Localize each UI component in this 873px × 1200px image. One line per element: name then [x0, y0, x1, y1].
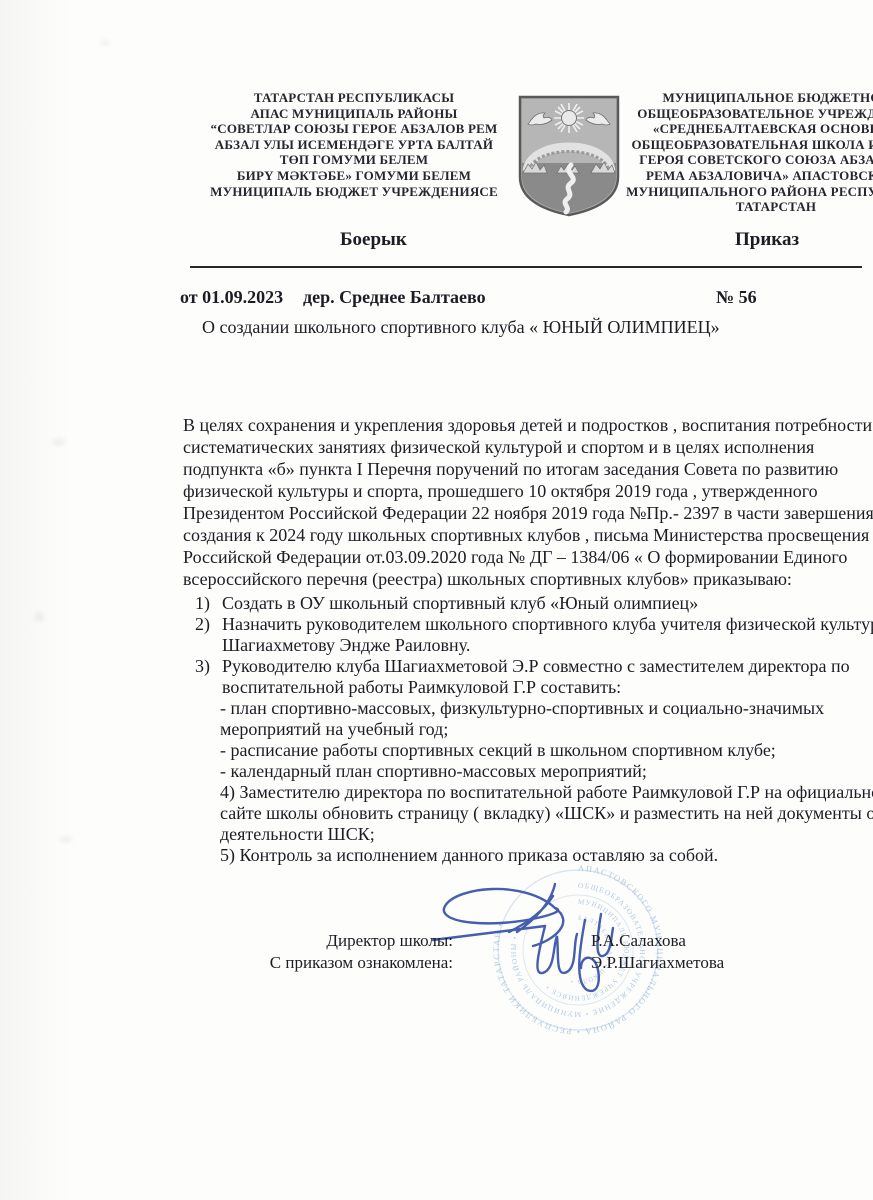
acknowledged-label: С приказом ознакомлена: [250, 953, 453, 973]
preamble-line: подпункта «б» пункта I Перечня поручений… [183, 458, 873, 480]
scan-smudge [100, 40, 110, 46]
org-name-tatar-line: АБЗАЛ УЛЫ ИСЕМЕНДӘГЕ УРТА БАЛТАЙ [178, 137, 530, 153]
order-subline: - план спортивно-массовых, физкультурно-… [220, 698, 873, 719]
org-name-tatar-line: БИРҮ МӘКТӘБЕ» ГОМУМИ БЕЛЕМ [178, 168, 530, 184]
order-subject: О создании школьного спортивного клуба «… [202, 317, 720, 338]
doc-type-tatar: Боерык [340, 229, 407, 251]
order-items: 1)Создать в ОУ школьный спортивный клуб … [195, 593, 873, 866]
scan-smudge [60, 836, 72, 843]
order-subline: - расписание работы спортивных секций в … [220, 740, 873, 761]
order-date: от 01.09.2023 [180, 287, 283, 308]
org-name-russian-line: ОБЩЕОБРАЗОВАТЕЛЬНАЯ ШКОЛА ИМЕНИ [620, 137, 873, 153]
org-name-tatar-line: АПАС МУНИЦИПАЛЬ РАЙОНЫ [178, 106, 530, 122]
order-item-2-cont: Шагиахметову Эндже Раиловну. [195, 635, 873, 656]
preamble-line: В целях сохранения и укрепления здоровья… [183, 414, 873, 436]
order-item-2: 2)Назначить руководителем школьного спор… [195, 614, 873, 635]
scan-smudge [34, 612, 44, 622]
order-item-3: 3)Руководителю клуба Шагиахметовой Э.Р с… [195, 656, 873, 677]
org-name-russian-line: «СРЕДНЕБАЛТАЕВСКАЯ ОСНОВНАЯ [620, 121, 873, 137]
director-name: Р.А.Салахова [591, 931, 686, 951]
order-subline: деятельности ШСК; [220, 824, 873, 845]
org-name-russian-line: ГЕРОЯ СОВЕТСКОГО СОЮЗА АБЗАЛОВА [620, 152, 873, 168]
preamble-line: систематических занятиях физической куль… [183, 436, 873, 458]
order-subline: сайте школы обновить страницу ( вкладку)… [220, 803, 873, 824]
order-item-text: воспитательной работы Раимкуловой Г.Р со… [222, 677, 621, 697]
order-item-text: Создать в ОУ школьный спортивный клуб «Ю… [222, 593, 698, 613]
org-name-russian-line: ТАТАРСТАН [620, 199, 873, 215]
order-item-1: 1)Создать в ОУ школьный спортивный клуб … [195, 593, 873, 614]
order-subline: мероприятий на учебный год; [220, 719, 873, 740]
preamble-line: всероссийского перечня (реестра) школьны… [183, 568, 873, 590]
order-item-3-cont: воспитательной работы Раимкуловой Г.Р со… [195, 677, 873, 698]
order-preamble: В целях сохранения и укрепления здоровья… [183, 414, 873, 590]
order-item-text: Назначить руководителем школьного спорти… [222, 614, 873, 634]
order-number: № 56 [716, 287, 757, 308]
header-divider [190, 266, 862, 268]
order-place: дер. Среднее Балтаево [303, 287, 486, 308]
coat-of-arms-emblem-icon [513, 93, 625, 218]
org-name-tatar-line: ТАТАРСТАН РЕСПУБЛИКАСЫ [178, 90, 530, 106]
order-item-number: 3) [195, 656, 222, 677]
document-page: ТАТАРСТАН РЕСПУБЛИКАСЫ АПАС МУНИЦИПАЛЬ Р… [0, 0, 873, 1200]
org-name-tatar-line: ТӨП ГОМУМИ БЕЛЕМ [178, 152, 530, 168]
acknowledged-name: Э.Р.Шагиахметова [591, 953, 724, 973]
order-subline: - календарный план спортивно-массовых ме… [220, 761, 873, 782]
org-name-russian-line: МУНИЦИПАЛЬНОГО РАЙОНА РЕСПУБЛИКИ [620, 184, 873, 200]
scan-smudge [52, 438, 66, 446]
director-label: Директор школы: [250, 931, 453, 951]
org-name-russian-line: МУНИЦИПАЛЬНОЕ БЮДЖЕТНОЕ [620, 90, 873, 106]
preamble-line: Президентом Российской Федерации 22 нояб… [183, 502, 873, 524]
org-name-russian-line: ОБЩЕОБРАЗОВАТЕЛЬНОЕ УЧРЕЖДЕНИЕ [620, 106, 873, 122]
preamble-line: физической культуры и спорта, прошедшего… [183, 480, 873, 502]
order-item-number: 2) [195, 614, 222, 635]
order-item-number: 1) [195, 593, 222, 614]
doc-type-russian: Приказ [735, 229, 799, 251]
org-name-russian-line: РЕМА АБЗАЛОВИЧА» АПАСТОВСКОГО [620, 168, 873, 184]
org-name-russian: МУНИЦИПАЛЬНОЕ БЮДЖЕТНОЕ ОБЩЕОБРАЗОВАТЕЛЬ… [620, 90, 873, 215]
order-subline: 4) Заместителю директора по воспитательн… [220, 782, 873, 803]
org-name-tatar: ТАТАРСТАН РЕСПУБЛИКАСЫ АПАС МУНИЦИПАЛЬ Р… [178, 90, 530, 199]
org-name-tatar-line: МУНИЦИПАЛЬ БЮДЖЕТ УЧРЕЖДЕНИЯСЕ [178, 184, 530, 200]
preamble-line: Российской Федерации от.03.09.2020 года … [183, 546, 873, 568]
order-item-text: Шагиахметову Эндже Раиловну. [222, 635, 470, 655]
preamble-line: создания к 2024 году школьных спортивных… [183, 524, 873, 546]
org-name-tatar-line: “СОВЕТЛАР СОЮЗЫ ГЕРОЕ АБЗАЛОВ РЕМ [178, 121, 530, 137]
order-item-text: Руководителю клуба Шагиахметовой Э.Р сов… [222, 656, 850, 676]
